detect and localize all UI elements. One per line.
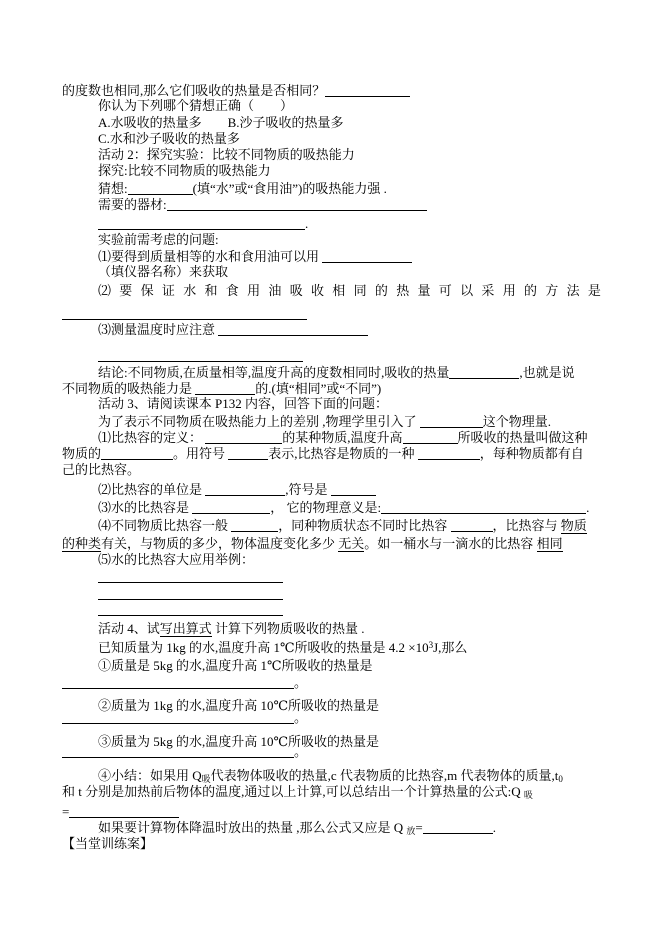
fill-in-blank <box>192 501 270 514</box>
doc-line: 为了表示不同物质在吸热能力上的差别 ,物理学里引入了 这个物理量. <box>62 413 600 429</box>
doc-line: ⑴要得到质量相等的水和食用油可以用 <box>62 248 600 264</box>
text-run: 猜想: <box>98 181 128 196</box>
doc-line: 【当堂训练案】 <box>62 836 600 852</box>
underlined-text: 相同 <box>537 536 563 552</box>
text-run: J,那么 <box>433 640 467 655</box>
fill-in-blank <box>195 382 255 395</box>
fill-in-blank <box>69 805 179 818</box>
text-run: 代表物体吸收的热量,c 代表物质的比热容,m 代表物体的质量,t <box>211 768 559 783</box>
text-run: 活动 4、试 <box>98 621 160 636</box>
text-run: 不同物质的吸热能力是 <box>62 381 195 396</box>
underlined-text: 写出算式 <box>160 621 212 637</box>
text-run: 如果要计算物体降温时放出的热量 ,那么公式又应是 Q <box>98 820 406 835</box>
fill-in-blank <box>62 676 294 689</box>
text-run: 。如一桶水与一滴水的比热容 <box>364 536 536 551</box>
text-run: 为了表示不同物质在吸热能力上的差别 ,物理学里引入了 <box>98 414 420 429</box>
fill-in-blank <box>449 366 519 379</box>
text-run: 己的比热容。 <box>62 462 140 477</box>
text-run: ⑸水的比热容大应用举例： <box>98 552 254 567</box>
text-run: ,符号是 <box>285 482 331 497</box>
fill-in-blank <box>325 84 410 97</box>
text-run: ,也就是说 <box>519 365 574 380</box>
subscript-text: 吸 <box>202 774 211 784</box>
doc-line: 和 t 分别是加热前后物体的温度,通过以上计算,可以总结出一个计算热量的公式:Q… <box>62 784 600 800</box>
doc-line: 已知质量为 1kg 的水,温度升高 1℃所吸收的热量是 4.2 ×103J,那么 <box>62 640 600 656</box>
fill-in-blank <box>98 349 303 362</box>
doc-line: ⑵要保证水和食用油吸收相同的热量可以采用的方法是 <box>62 283 600 299</box>
text-run: ，同种物质状态不同时比热容 <box>278 518 450 533</box>
text-run: ⑵要保证水和食用油吸收相同的热量可以采用的方法是 <box>98 283 609 298</box>
doc-line: 活动 4、试写出算式 计算下列物质吸收的热量 . <box>62 621 600 637</box>
text-run: . <box>305 216 308 231</box>
text-run: ⑷不同物质比热容一般 <box>98 518 231 533</box>
doc-line: ⑴比热容的定义： 的某种物质,温度升高所吸收的热量叫做这种 <box>62 429 600 445</box>
fill-in-blank <box>420 415 483 428</box>
doc-line: = <box>62 803 600 819</box>
doc-line: 。 <box>62 674 600 690</box>
doc-line: 的种类有关，与物质的多少，物体温度变化多少 无关。如一桶水与一滴水的比热容 相同 <box>62 536 600 552</box>
doc-line <box>62 568 600 584</box>
doc-line: ⑶水的比热容是 ， 它的物理意义是:. <box>62 499 600 515</box>
doc-line: ⑷不同物质比热容一般 ，同种物质状态不同时比热容 ，比热容与 物质 <box>62 517 600 533</box>
fill-in-blank <box>381 501 586 514</box>
doc-line: ⑵比热容的单位是 ,符号是 <box>62 481 600 497</box>
doc-line: . <box>62 215 600 231</box>
fill-in-blank <box>167 198 427 211</box>
text-run: ①质量是 5kg 的水,温度升高 1℃所吸收的热量是 <box>98 658 373 673</box>
fill-in-blank <box>322 250 412 263</box>
doc-line: 己的比热容。 <box>62 462 600 478</box>
doc-line: ④小结：如果用 Q吸代表物体吸收的热量,c 代表物质的比热容,m 代表物体的质量… <box>62 768 600 784</box>
fill-in-blank <box>451 519 493 532</box>
fill-in-blank <box>205 483 285 496</box>
underlined-text: 无关 <box>338 536 364 552</box>
text-run: 。 <box>294 744 307 759</box>
document-page: 的度数也相同,那么它们吸收的热量是否相同？你认为下列哪个猜想正确（ ）A.水吸收… <box>62 82 600 852</box>
doc-line <box>62 585 600 601</box>
text-run: C.水和沙子吸收的热量多 <box>98 131 240 146</box>
text-run: 已知质量为 1kg 的水,温度升高 1℃所吸收的热量是 4.2 ×10 <box>98 640 429 655</box>
fill-in-blank <box>403 431 458 444</box>
text-run: ④小结：如果用 Q <box>98 768 202 783</box>
doc-line: 你认为下列哪个猜想正确（ ） <box>62 98 600 114</box>
fill-in-blank <box>128 182 193 195</box>
doc-line: ⑶测量温度时应注意 <box>62 321 600 337</box>
text-run: 实验前需考虑的问题: <box>98 232 219 247</box>
text-run: （填仪器名称）来获取 <box>98 264 228 279</box>
text-run: (填“水”或“食用油”)的吸热能力强 . <box>193 181 387 196</box>
text-run: . <box>493 820 496 835</box>
text-run: A.水吸收的热量多 B.沙子吸收的热量多 <box>98 115 344 130</box>
text-run: 这个物理量. <box>483 414 551 429</box>
fill-in-blank <box>423 821 493 834</box>
underlined-text: 物质 <box>561 518 587 534</box>
text-run: 的度数也相同,那么它们吸收的热量是否相同？ <box>62 83 325 98</box>
text-run: 有关，与物质的多少，物体温度变化多少 <box>101 536 338 551</box>
doc-line: 猜想:(填“水”或“食用油”)的吸热能力强 . <box>62 180 600 196</box>
fill-in-blank <box>62 307 307 320</box>
doc-line: 的度数也相同,那么它们吸收的热量是否相同？ <box>62 82 600 98</box>
text-run: ⑶测量温度时应注意 <box>98 322 218 337</box>
fill-in-blank <box>98 603 283 616</box>
text-run: 。 <box>294 710 307 725</box>
doc-line: 不同物质的吸热能力是 的.(填“相同”或“不同”) <box>62 380 600 396</box>
fill-in-blank <box>218 323 368 336</box>
fill-in-blank <box>98 217 305 230</box>
text-run: 你认为下列哪个猜想正确（ ） <box>98 98 293 113</box>
text-run: ，每种物质都有自 <box>480 446 584 461</box>
text-run: 活动 2：探究实验：比较不同物质的吸热能力 <box>98 147 355 162</box>
doc-line: 实验前需考虑的问题: <box>62 232 600 248</box>
text-run: ⑵比热容的单位是 <box>98 482 205 497</box>
text-run: 。用符号 <box>173 446 228 461</box>
text-run: 物质的 <box>62 446 101 461</box>
doc-line: 如果要计算物体降温时放出的热量 ,那么公式又应是 Q 放=. <box>62 819 600 835</box>
doc-line: A.水吸收的热量多 B.沙子吸收的热量多 <box>62 115 600 131</box>
text-run: ⑶水的比热容是 <box>98 500 192 515</box>
fill-in-blank <box>418 447 480 460</box>
doc-line: 物质的。用符号 表示,比热容是物质的一种 ，每种物质都有自 <box>62 445 600 461</box>
text-run: 。 <box>294 675 307 690</box>
doc-line <box>62 601 600 617</box>
fill-in-blank <box>228 447 268 460</box>
fill-in-blank <box>98 570 283 583</box>
text-run: 【当堂训练案】 <box>62 836 153 851</box>
text-run: . <box>586 500 589 515</box>
doc-line: 活动 3、请阅读课本 P132 内容，回答下面的问题： <box>62 396 600 412</box>
text-run: 需要的器材: <box>98 197 167 212</box>
fill-in-blank <box>98 587 283 600</box>
text-run: ⑴比热容的定义： <box>98 430 205 445</box>
doc-line: 结论:不同物质,在质量相等,温度升高的度数相同时,吸收的热量,也就是说 <box>62 364 600 380</box>
doc-line: 活动 2：探究实验：比较不同物质的吸热能力 <box>62 147 600 163</box>
doc-line <box>62 305 600 321</box>
text-run: 探究:比较不同物质的吸热能力 <box>98 163 271 178</box>
text-run: 所吸收的热量叫做这种 <box>458 430 588 445</box>
text-run: ⑴要得到质量相等的水和食用油可以用 <box>98 249 322 264</box>
doc-line: ⑸水的比热容大应用举例： <box>62 552 600 568</box>
text-run: = <box>415 820 422 835</box>
fill-in-blank <box>62 711 294 724</box>
fill-in-blank <box>101 447 173 460</box>
fill-in-blank <box>205 431 282 444</box>
doc-line: ①质量是 5kg 的水,温度升高 1℃所吸收的热量是 <box>62 658 600 674</box>
text-run: 活动 3、请阅读课本 P132 内容，回答下面的问题： <box>98 396 388 411</box>
text-run: 的某种物质,温度升高 <box>282 430 402 445</box>
doc-line <box>62 347 600 363</box>
fill-in-blank <box>231 519 278 532</box>
text-run: ，比热容与 <box>493 518 561 533</box>
text-run: = <box>62 804 69 819</box>
text-run: 和 t 分别是加热前后物体的温度,通过以上计算,可以总结出一个计算热量的公式:Q <box>62 784 524 799</box>
doc-line: C.水和沙子吸收的热量多 <box>62 131 600 147</box>
fill-in-blank <box>331 483 376 496</box>
subscript-text: 0 <box>558 774 563 784</box>
text-run: 结论:不同物质,在质量相等,温度升高的度数相同时,吸收的热量 <box>98 365 449 380</box>
doc-line: 探究:比较不同物质的吸热能力 <box>62 163 600 179</box>
doc-line: 需要的器材: <box>62 196 600 212</box>
text-run: ， 它的物理意义是: <box>270 500 381 515</box>
text-run: 表示,比热容是物质的一种 <box>268 446 418 461</box>
underlined-text: 的种类 <box>62 536 101 552</box>
doc-line: （填仪器名称）来获取 <box>62 264 600 280</box>
text-run: 的.(填“相同”或“不同”) <box>255 381 381 396</box>
subscript-text: 吸 <box>524 790 533 800</box>
text-run: 计算下列物质吸收的热量 . <box>212 621 365 636</box>
fill-in-blank <box>62 745 294 758</box>
